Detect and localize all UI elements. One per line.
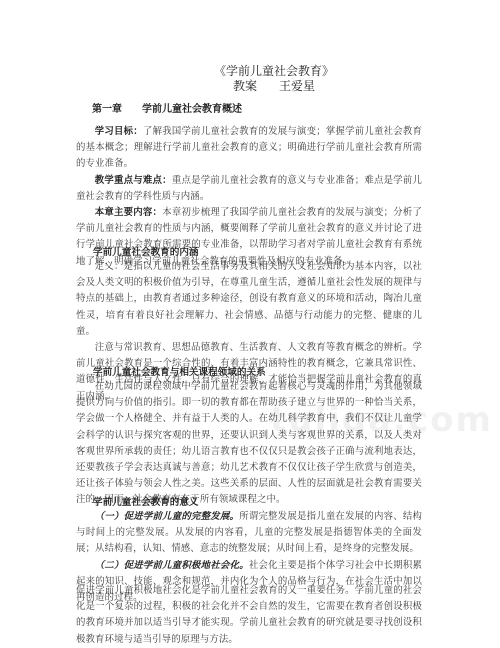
definition-paragraph: 定义：是指以儿童的社会生活事务及其相关的人文社会知识为基本内容，以社会及人类文明… [76, 259, 422, 340]
focus-label: 教学重点与难点： [95, 175, 172, 186]
objectives-label: 学习目标： [95, 126, 143, 137]
section-relations-body: 在幼儿园的课程领域中学前儿童社会教育起着核心与灵魂的作用，为其他领域提供方向与价… [76, 379, 422, 509]
content-label: 本章主要内容： [95, 207, 162, 218]
section-heading-significance: 学前儿童社会教育的意义 [93, 494, 199, 508]
chapter-number: 第一章 [92, 104, 122, 115]
item2-label: （二）促进学前儿童积极地社会化。 [95, 560, 249, 571]
document-subtitle: 教案王爱星 [0, 77, 500, 94]
author-name: 王爱星 [279, 79, 315, 93]
chapter-heading: 第一章学前儿童社会教育概述 [92, 100, 242, 115]
item1-label: （一）促进学前儿童的完整发展。 [95, 511, 239, 522]
socialization-paragraph: 促进学前儿童积极地社会化是学前儿童社会教育的又一重要任务。学前儿童的社会化是一个… [76, 583, 422, 648]
final-paragraph-block: 促进学前儿童积极地社会化是学前儿童社会教育的又一重要任务。学前儿童的社会化是一个… [76, 583, 422, 648]
teaching-focus: 教学重点与难点：重点是学前儿童社会教育的意义与专业准备；难点是学前儿童社会教育的… [76, 173, 422, 205]
learning-objectives: 学习目标：了解我国学前儿童社会教育的发展与演变；掌握学前儿童社会教育的基本概念；… [76, 124, 422, 173]
subtitle-lesson-plan: 教案 [233, 79, 257, 93]
chapter-title: 学前儿童社会教育概述 [142, 104, 242, 115]
document-page: 《学前儿童社会教育》 教案王爱星 第一章学前儿童社会教育概述 学习目标：了解我国… [0, 0, 500, 648]
section-heading-connotation: 学前儿童社会教育的内涵 [93, 244, 199, 258]
significance-item-1: （一）促进学前儿童的完整发展。所谓完整发展是指儿童在发展的内容、结构与时间上的完… [76, 509, 422, 558]
section-heading-relations: 学前儿童社会教育与相关课程领域的关系 [93, 364, 266, 378]
watermark: tuliqa.com [270, 400, 493, 440]
relations-paragraph: 在幼儿园的课程领域中学前儿童社会教育起着核心与灵魂的作用，为其他领域提供方向与价… [76, 379, 422, 509]
